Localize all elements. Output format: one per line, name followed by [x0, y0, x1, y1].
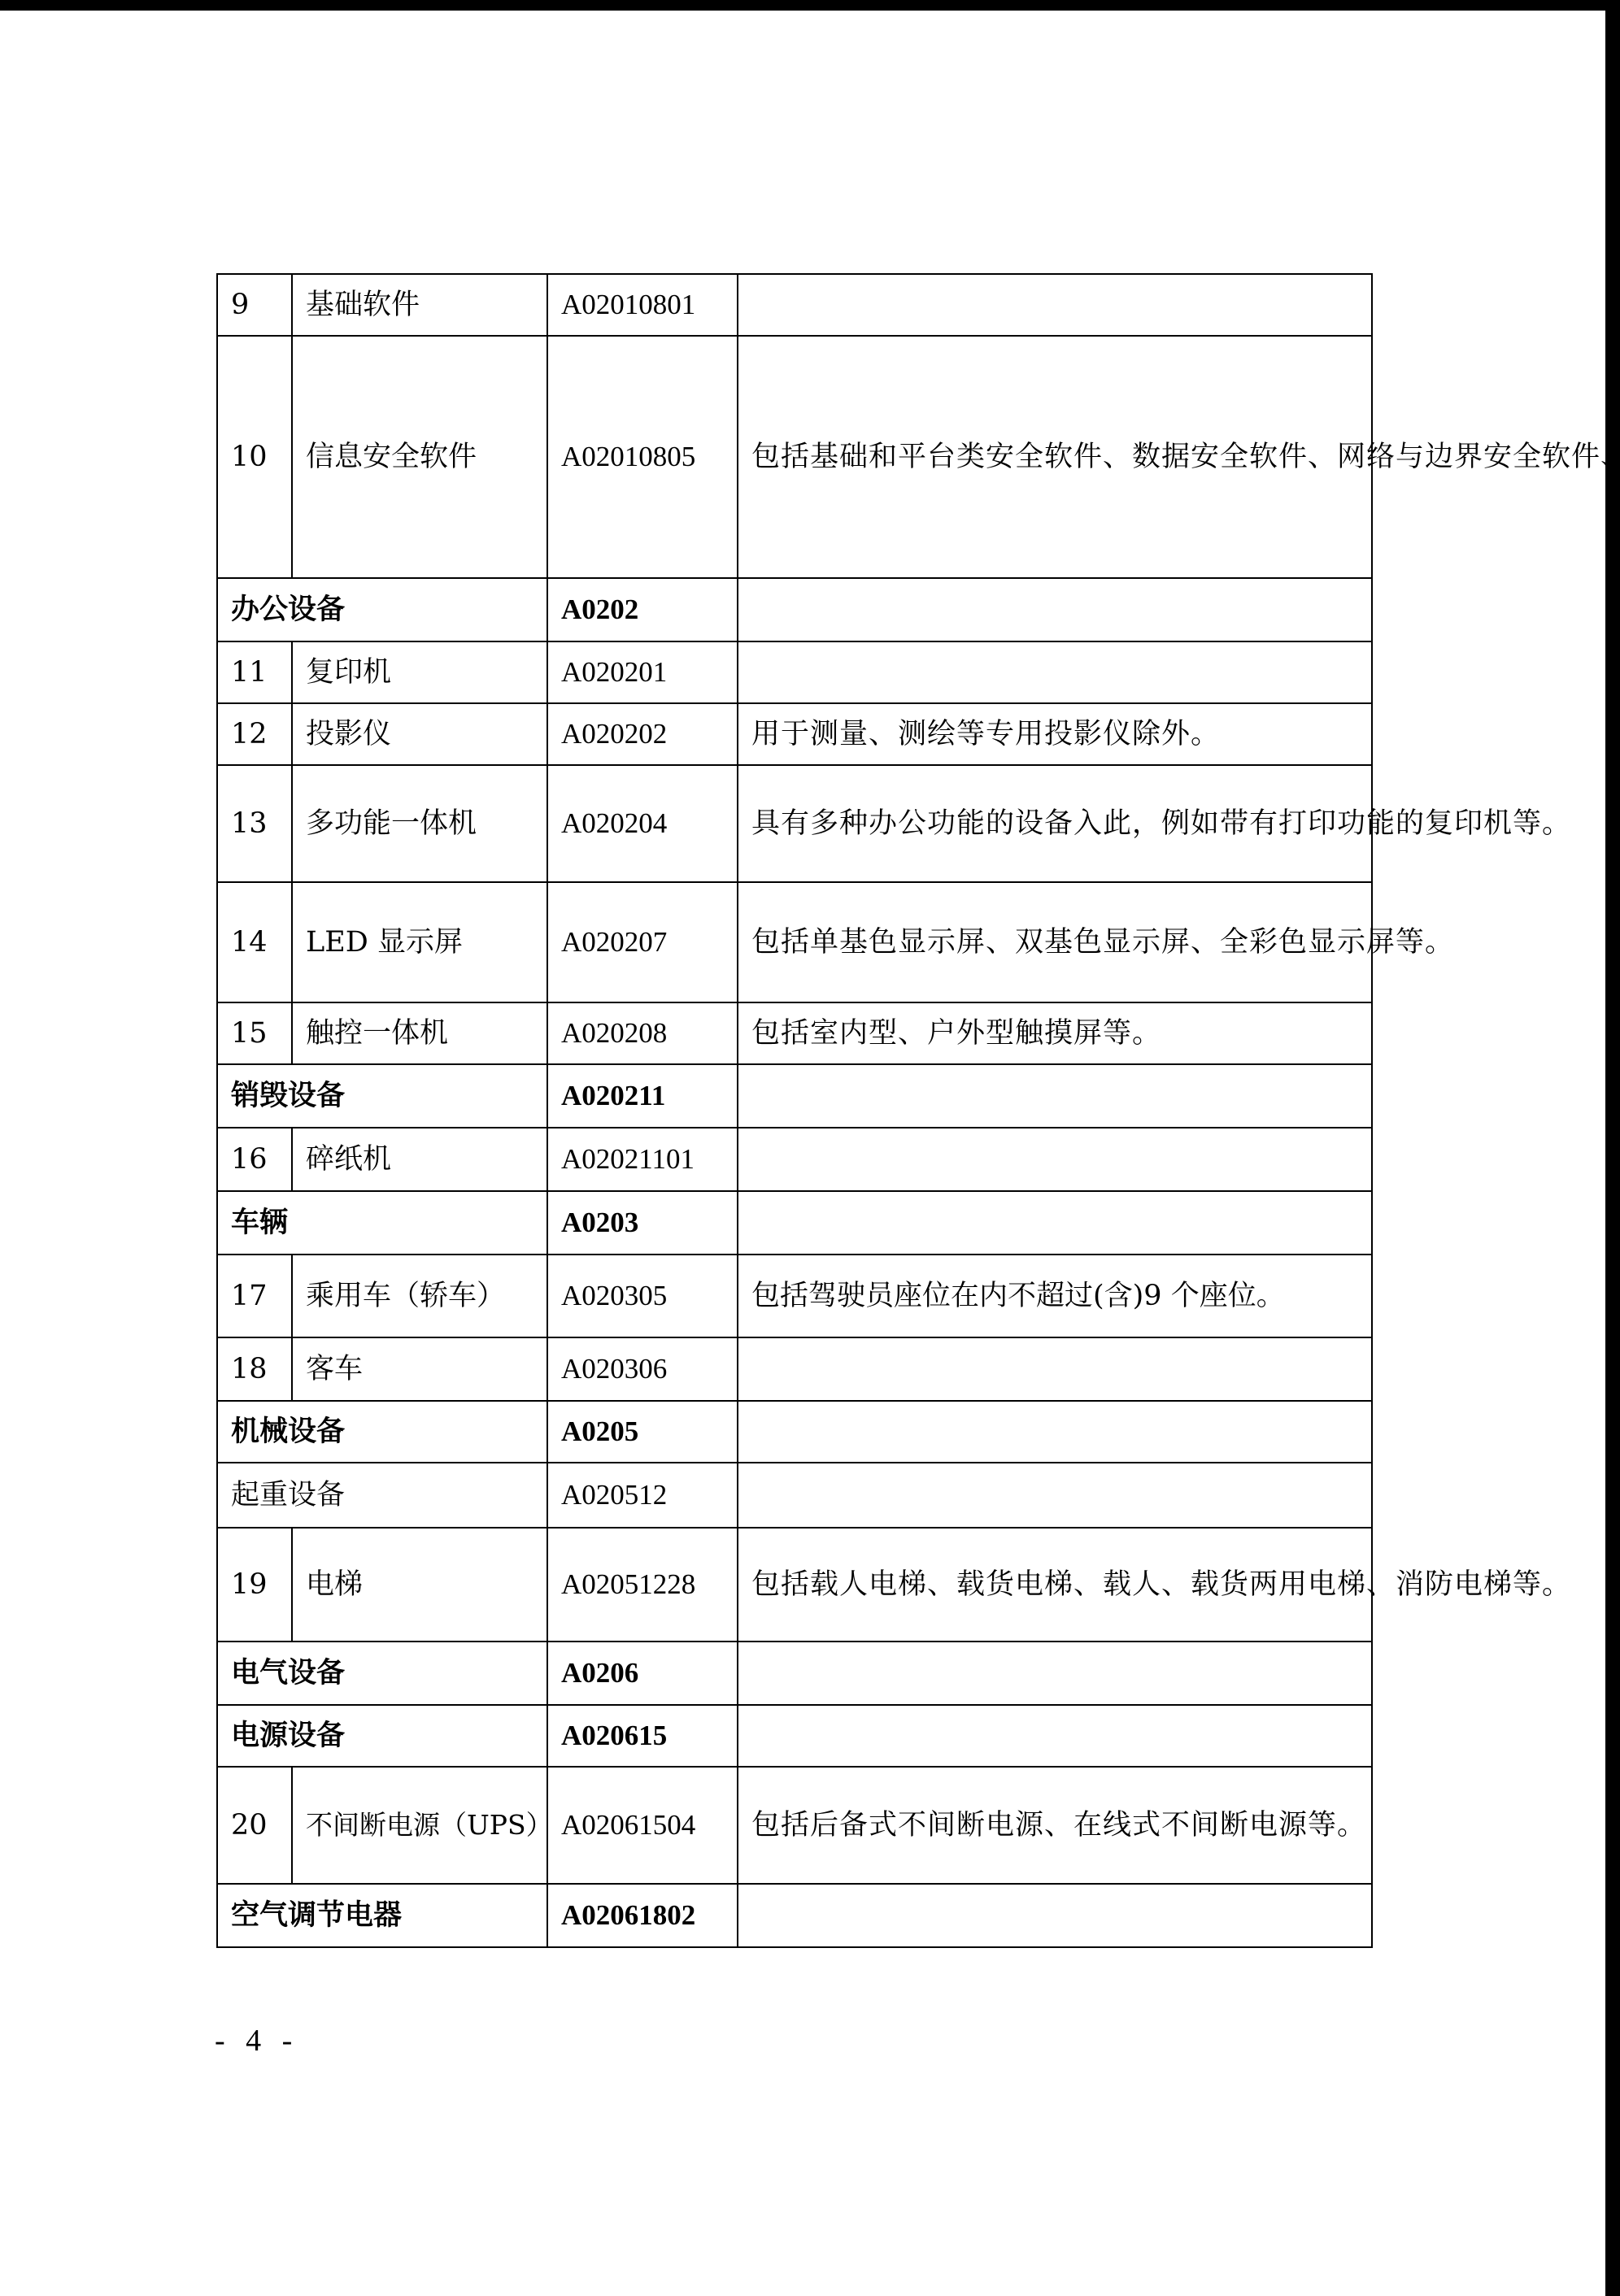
item-note: [738, 1128, 1372, 1191]
category-name: 机械设备: [217, 1401, 547, 1463]
item-number: 15: [217, 1002, 292, 1064]
category-code: A0202: [547, 578, 738, 641]
category-row: 机械设备 A0205: [217, 1401, 1372, 1463]
item-note: 包括室内型、户外型触摸屏等。: [738, 1002, 1372, 1064]
item-number: 10: [217, 336, 292, 578]
category-code: A0206: [547, 1642, 738, 1705]
category-note: [738, 578, 1372, 641]
item-note: 包括后备式不间断电源、在线式不间断电源等。: [738, 1767, 1372, 1884]
table-row: 13 多功能一体机 A020204 具有多种办公功能的设备入此，例如带有打印功能…: [217, 765, 1372, 882]
item-name: 不间断电源（UPS）: [292, 1767, 547, 1884]
category-name: 电气设备: [217, 1642, 547, 1705]
item-note: 具有多种办公功能的设备入此，例如带有打印功能的复印机等。: [738, 765, 1372, 882]
category-code: A0205: [547, 1401, 738, 1463]
table-row: 10 信息安全软件 A02010805 包括基础和平台类安全软件、数据安全软件、…: [217, 336, 1372, 578]
category-code: A0203: [547, 1191, 738, 1255]
table-row: 19 电梯 A02051228 包括载人电梯、载货电梯、载人、载货两用电梯、消防…: [217, 1528, 1372, 1642]
category-note: [738, 1191, 1372, 1255]
table-row: 18 客车 A020306: [217, 1337, 1372, 1401]
subcategory-code: A020512: [547, 1463, 738, 1528]
item-number: 20: [217, 1767, 292, 1884]
item-number: 16: [217, 1128, 292, 1191]
item-number: 14: [217, 882, 292, 1002]
item-code: A020207: [547, 882, 738, 1002]
category-row: 空气调节电器 A02061802: [217, 1884, 1372, 1947]
item-note: [738, 1337, 1372, 1401]
category-note: [738, 1642, 1372, 1705]
item-note: 包括单基色显示屏、双基色显示屏、全彩色显示屏等。: [738, 882, 1372, 1002]
category-row: 车辆 A0203: [217, 1191, 1372, 1255]
category-name: 办公设备: [217, 578, 547, 641]
item-number: 17: [217, 1255, 292, 1337]
item-name: 多功能一体机: [292, 765, 547, 882]
item-note: 用于测量、测绘等专用投影仪除外。: [738, 703, 1372, 765]
item-note: 包括载人电梯、载货电梯、载人、载货两用电梯、消防电梯等。: [738, 1528, 1372, 1642]
item-name: 电梯: [292, 1528, 547, 1642]
item-number: 9: [217, 274, 292, 336]
item-code: A02010805: [547, 336, 738, 578]
item-code: A020306: [547, 1337, 738, 1401]
item-code: A020208: [547, 1002, 738, 1064]
procurement-catalog-table: 9 基础软件 A02010801 10 信息安全软件 A02010805 包括基…: [216, 273, 1373, 1948]
item-note: [738, 641, 1372, 703]
category-code: A020615: [547, 1705, 738, 1767]
table-row: 14 LED 显示屏 A020207 包括单基色显示屏、双基色显示屏、全彩色显示…: [217, 882, 1372, 1002]
table-row: 15 触控一体机 A020208 包括室内型、户外型触摸屏等。: [217, 1002, 1372, 1064]
item-name: 乘用车（轿车）: [292, 1255, 547, 1337]
item-number: 13: [217, 765, 292, 882]
category-note: [738, 1401, 1372, 1463]
scan-border-top: [0, 0, 1620, 11]
category-name: 空气调节电器: [217, 1884, 547, 1947]
item-note: [738, 274, 1372, 336]
category-note: [738, 1705, 1372, 1767]
subcategory-name: 起重设备: [217, 1463, 547, 1528]
item-number: 11: [217, 641, 292, 703]
category-row: 销毁设备 A020211: [217, 1064, 1372, 1128]
item-code: A02010801: [547, 274, 738, 336]
item-note: 包括基础和平台类安全软件、数据安全软件、网络与边界安全软件、专用安全软件、安全测…: [738, 336, 1372, 578]
category-row: 电气设备 A0206: [217, 1642, 1372, 1705]
item-number: 18: [217, 1337, 292, 1401]
item-code: A020204: [547, 765, 738, 882]
item-code: A020305: [547, 1255, 738, 1337]
table-row: 16 碎纸机 A02021101: [217, 1128, 1372, 1191]
item-name: 触控一体机: [292, 1002, 547, 1064]
category-row: 办公设备 A0202: [217, 578, 1372, 641]
item-name: 基础软件: [292, 274, 547, 336]
item-name: 碎纸机: [292, 1128, 547, 1191]
table-row: 9 基础软件 A02010801: [217, 274, 1372, 336]
category-note: [738, 1884, 1372, 1947]
item-name: LED 显示屏: [292, 882, 547, 1002]
table-row: 20 不间断电源（UPS） A02061504 包括后备式不间断电源、在线式不间…: [217, 1767, 1372, 1884]
item-code: A020201: [547, 641, 738, 703]
subcategory-note: [738, 1463, 1372, 1528]
category-code: A02061802: [547, 1884, 738, 1947]
page-number: - 4 -: [215, 2023, 298, 2059]
item-number: 12: [217, 703, 292, 765]
scan-border-right: [1605, 0, 1620, 2296]
item-code: A02021101: [547, 1128, 738, 1191]
item-code: A02061504: [547, 1767, 738, 1884]
item-note: 包括驾驶员座位在内不超过(含)9 个座位。: [738, 1255, 1372, 1337]
item-name: 复印机: [292, 641, 547, 703]
table-row: 12 投影仪 A020202 用于测量、测绘等专用投影仪除外。: [217, 703, 1372, 765]
item-code: A020202: [547, 703, 738, 765]
item-name: 信息安全软件: [292, 336, 547, 578]
category-name: 车辆: [217, 1191, 547, 1255]
category-note: [738, 1064, 1372, 1128]
item-code: A02051228: [547, 1528, 738, 1642]
category-name: 销毁设备: [217, 1064, 547, 1128]
item-name: 投影仪: [292, 703, 547, 765]
table-row: 17 乘用车（轿车） A020305 包括驾驶员座位在内不超过(含)9 个座位。: [217, 1255, 1372, 1337]
subcategory-row: 起重设备 A020512: [217, 1463, 1372, 1528]
table-row: 11 复印机 A020201: [217, 641, 1372, 703]
category-row: 电源设备 A020615: [217, 1705, 1372, 1767]
category-code: A020211: [547, 1064, 738, 1128]
item-name: 客车: [292, 1337, 547, 1401]
item-number: 19: [217, 1528, 292, 1642]
category-name: 电源设备: [217, 1705, 547, 1767]
